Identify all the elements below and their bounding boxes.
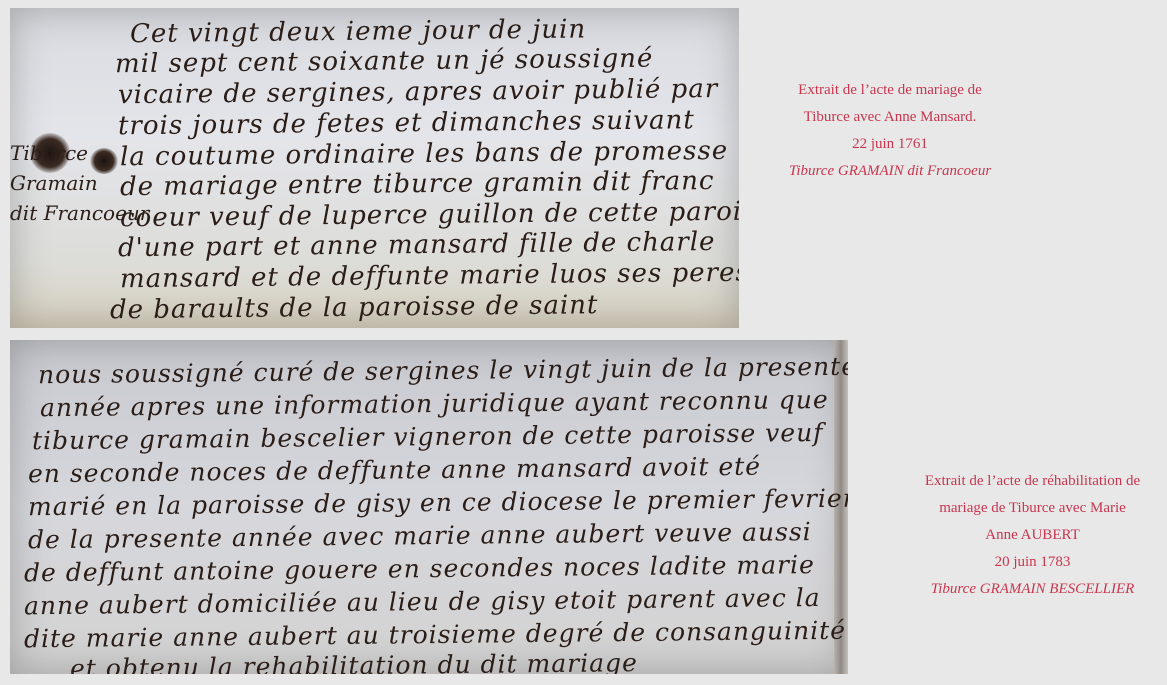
- caption-title-line: Extrait de l’acte de mariage de: [765, 77, 1015, 104]
- caption-person-name: Tiburce GRAMAIN dit Francoeur: [765, 158, 1015, 185]
- handwritten-line: de baraults de la paroisse de saint: [110, 289, 739, 326]
- caption-title-line: Anne AUBERT: [900, 522, 1165, 549]
- caption-date: 20 juin 1783: [900, 549, 1165, 576]
- caption-date: 22 juin 1761: [765, 131, 1015, 158]
- caption-rehabilitation-1783: Extrait de l’acte de réhabilitation de m…: [900, 468, 1165, 603]
- caption-title-line: Extrait de l’acte de réhabilitation de: [900, 468, 1165, 495]
- caption-title-line: Tiburce avec Anne Mansard.: [765, 104, 1015, 131]
- rehabilitation-record-scan-1783: nous soussigné curé de sergines le vingt…: [10, 340, 848, 674]
- marriage-record-scan-1761: Tiburce Gramain dit Francoeur Cet vingt …: [10, 8, 739, 328]
- caption-person-name: Tiburce GRAMAIN BESCELLIER: [900, 576, 1165, 603]
- caption-title-line: mariage de Tiburce avec Marie: [900, 495, 1165, 522]
- caption-marriage-1761: Extrait de l’acte de mariage de Tiburce …: [765, 77, 1015, 185]
